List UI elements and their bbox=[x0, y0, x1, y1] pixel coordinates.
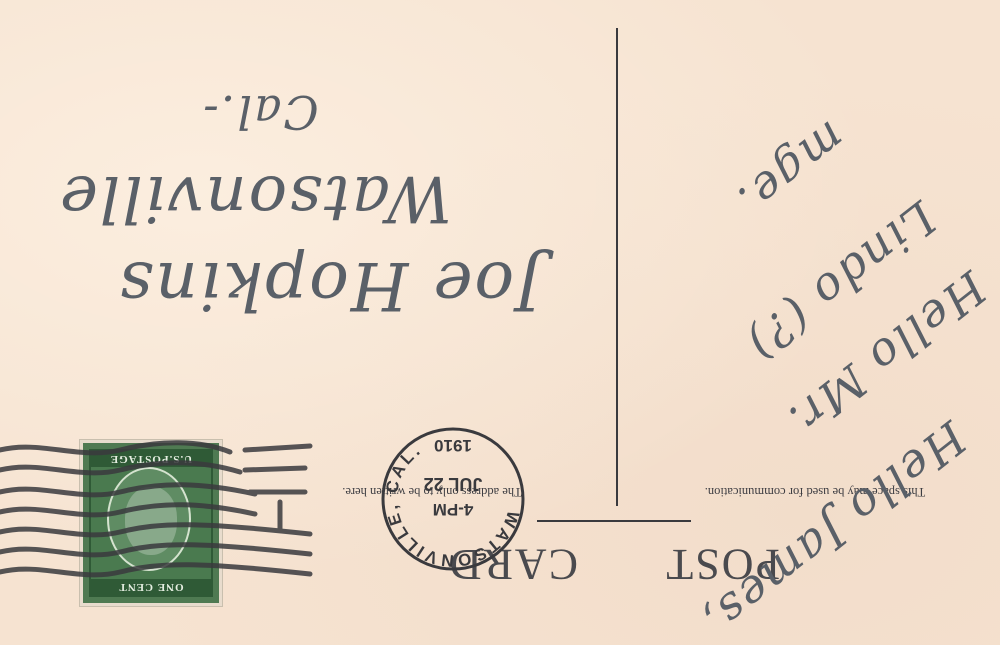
address-recipient: Joe Hopkins bbox=[60, 240, 600, 330]
handwritten-message: Hello James, Hello Mr. Lindo (?) mge. bbox=[630, 40, 990, 460]
address-city: Watsonville bbox=[40, 158, 470, 238]
message-line: mge. bbox=[726, 110, 857, 230]
vertical-divider bbox=[616, 28, 618, 506]
postmark-date: JUL 22 bbox=[424, 474, 483, 494]
postcard-back: POST CARD This space may be used for com… bbox=[0, 0, 1000, 645]
address-state: Cal.- bbox=[160, 82, 360, 142]
postmark-time: 4-PM bbox=[433, 500, 474, 519]
postmark: WATSONVILLE, CAL. 4-PM JUL 22 1910 bbox=[378, 424, 528, 574]
postmark-year: 1910 bbox=[434, 436, 472, 455]
communication-note: This space may be used for communication… bbox=[640, 484, 990, 500]
horizontal-rule bbox=[537, 520, 691, 522]
cancellation-lines bbox=[0, 440, 320, 590]
message-line: Hello James, bbox=[692, 410, 977, 645]
